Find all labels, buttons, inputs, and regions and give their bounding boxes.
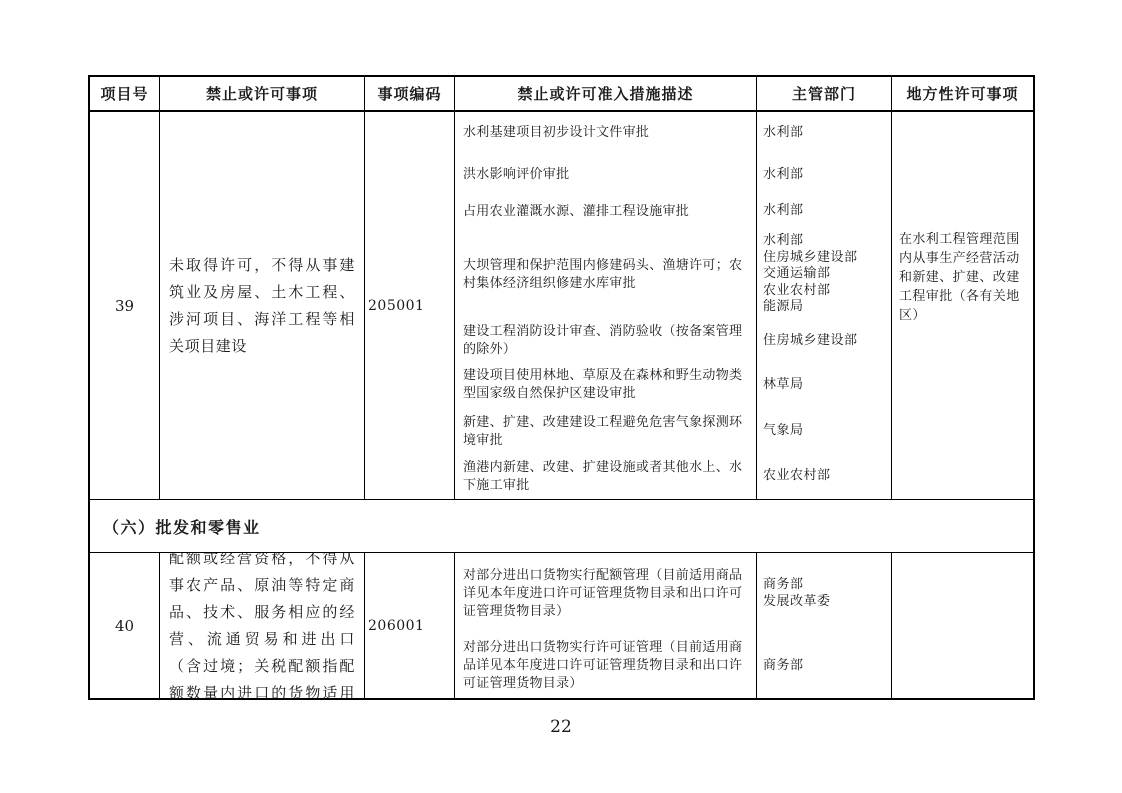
department-name: 水利部	[763, 125, 885, 142]
measure-text: 占用农业灌溉水源、灌排工程设施审批	[463, 203, 689, 221]
measure-text: 洪水影响评价审批	[463, 166, 569, 184]
table-header-row: 项目号 禁止或许可事项 事项编码 禁止或许可准入措施描述 主管部门 地方性许可事…	[90, 77, 1033, 112]
department-item: 水利部	[757, 196, 891, 228]
department-name: 农业农村部	[763, 468, 885, 485]
measure-text: 对部分进出口货物实行配额管理（目前适用商品详见本年度进口许可证管理货物目录和出口…	[463, 567, 748, 621]
measure-item: 水利基建项目初步设计文件审批	[455, 112, 756, 155]
project-number: 40	[90, 553, 160, 698]
measure-text: 大坝管理和保护范围内修建码头、渔塘许可；农村集体经济组织修建水库审批	[463, 257, 748, 293]
department-name: 交通运输部	[763, 266, 885, 283]
department-name: 住房城乡建设部	[763, 250, 885, 267]
department-name: 农业农村部	[763, 283, 885, 300]
item-code: 205001	[365, 112, 455, 499]
department-name: 住房城乡建设部	[763, 333, 885, 350]
page-number: 22	[0, 717, 1122, 737]
department-name: 气象局	[763, 423, 885, 440]
market-access-negative-list-table: 项目号 禁止或许可事项 事项编码 禁止或许可准入措施描述 主管部门 地方性许可事…	[88, 75, 1035, 700]
local-licensing-cell: 在水利工程管理范围内从事生产经营活动和新建、扩建、改建工程审批（各有关地区）	[892, 112, 1033, 499]
department-name: 发展改革委	[763, 594, 885, 611]
section-heading-row: （六）批发和零售业	[90, 500, 1033, 553]
header-competent-department: 主管部门	[757, 77, 892, 110]
measure-item: 建设工程消防设计审查、消防验收（按备案管理的除外）	[455, 321, 756, 361]
department-item: 水利部	[757, 155, 891, 196]
measure-text: 建设工程消防设计审查、消防验收（按备案管理的除外）	[463, 323, 748, 359]
local-licensing-text: 在水利工程管理范围内从事生产经营活动和新建、扩建、改建工程审批（各有关地区）	[899, 230, 1027, 325]
measure-item: 建设项目使用林地、草原及在森林和野生动物类型国家级自然保护区建设审批	[455, 361, 756, 409]
department-item: 水利部	[757, 112, 891, 155]
department-item: 商务部	[757, 634, 891, 698]
department-name: 林草局	[763, 377, 885, 394]
department-name: 商务部	[763, 577, 885, 594]
department-item: 住房城乡建设部	[757, 321, 891, 361]
department-item: 气象局	[757, 409, 891, 454]
department-name: 水利部	[763, 167, 885, 184]
measure-item: 洪水影响评价审批	[455, 155, 756, 196]
department-item: 农业农村部	[757, 454, 891, 499]
measure-item: 渔港内新建、改建、扩建设施或者其他水上、水下施工审批	[455, 454, 756, 499]
item-code: 206001	[365, 553, 455, 698]
header-project-number: 项目号	[90, 77, 160, 110]
table-row-39: 39 未取得许可，不得从事建筑业及房屋、土木工程、涉河项目、海洋工程等相关项目建…	[90, 112, 1033, 500]
header-prohibited-or-licensed-item: 禁止或许可事项	[160, 77, 365, 110]
measure-text: 水利基建项目初步设计文件审批	[463, 124, 649, 142]
prohibited-item-cell: 未取得许可，不得从事建筑业及房屋、土木工程、涉河项目、海洋工程等相关项目建设	[160, 112, 365, 499]
measure-text: 建设项目使用林地、草原及在森林和野生动物类型国家级自然保护区建设审批	[463, 367, 748, 403]
header-item-code: 事项编码	[365, 77, 455, 110]
department-item: 水利部 住房城乡建设部 交通运输部 农业农村部 能源局	[757, 228, 891, 322]
project-number: 39	[90, 112, 160, 499]
section-heading-label: （六）批发和零售业	[90, 515, 261, 538]
header-local-licensing-item: 地方性许可事项	[892, 77, 1033, 110]
department-item: 林草局	[757, 361, 891, 409]
department-item: 商务部 发展改革委	[757, 553, 891, 634]
prohibited-item-text: 未取得许可，不得从事建筑业及房屋、土木工程、涉河项目、海洋工程等相关项目建设	[169, 252, 355, 360]
measure-description-cell: 对部分进出口货物实行配额管理（目前适用商品详见本年度进口许可证管理货物目录和出口…	[455, 553, 757, 698]
department-name: 商务部	[763, 658, 885, 675]
header-measure-description: 禁止或许可准入措施描述	[455, 77, 757, 110]
measure-text: 渔港内新建、改建、扩建设施或者其他水上、水下施工审批	[463, 459, 748, 495]
department-name: 水利部	[763, 203, 885, 220]
department-name: 能源局	[763, 299, 885, 316]
measure-item: 对部分进出口货物实行配额管理（目前适用商品详见本年度进口许可证管理货物目录和出口…	[455, 553, 756, 634]
table-row-40: 40 未获得许可、配额、关税配额或经营资格，不得从事农产品、原油等特定商品、技术…	[90, 553, 1033, 698]
measure-item: 对部分进出口货物实行许可证管理（目前适用商品详见本年度进口许可证管理货物目录和出…	[455, 634, 756, 698]
measure-text: 对部分进出口货物实行许可证管理（目前适用商品详见本年度进口许可证管理货物目录和出…	[463, 639, 748, 693]
competent-department-cell: 商务部 发展改革委 商务部	[757, 553, 892, 698]
competent-department-cell: 水利部 水利部 水利部 水利部 住房城乡建设部 交通运输部 农业农村部 能源局 …	[757, 112, 892, 499]
local-licensing-cell	[892, 553, 1033, 698]
measure-item: 占用农业灌溉水源、灌排工程设施审批	[455, 196, 756, 228]
measure-item: 大坝管理和保护范围内修建码头、渔塘许可；农村集体经济组织修建水库审批	[455, 228, 756, 322]
department-name: 水利部	[763, 233, 885, 250]
measure-text: 新建、扩建、改建建设工程避免危害气象探测环境审批	[463, 414, 748, 450]
measure-item: 新建、扩建、改建建设工程避免危害气象探测环境审批	[455, 409, 756, 454]
measure-description-cell: 水利基建项目初步设计文件审批 洪水影响评价审批 占用农业灌溉水源、灌排工程设施审…	[455, 112, 757, 499]
prohibited-item-text: 未获得许可、配额、关税配额或经营资格，不得从事农产品、原油等特定商品、技术、服务…	[169, 553, 355, 698]
prohibited-item-cell: 未获得许可、配额、关税配额或经营资格，不得从事农产品、原油等特定商品、技术、服务…	[160, 553, 365, 698]
